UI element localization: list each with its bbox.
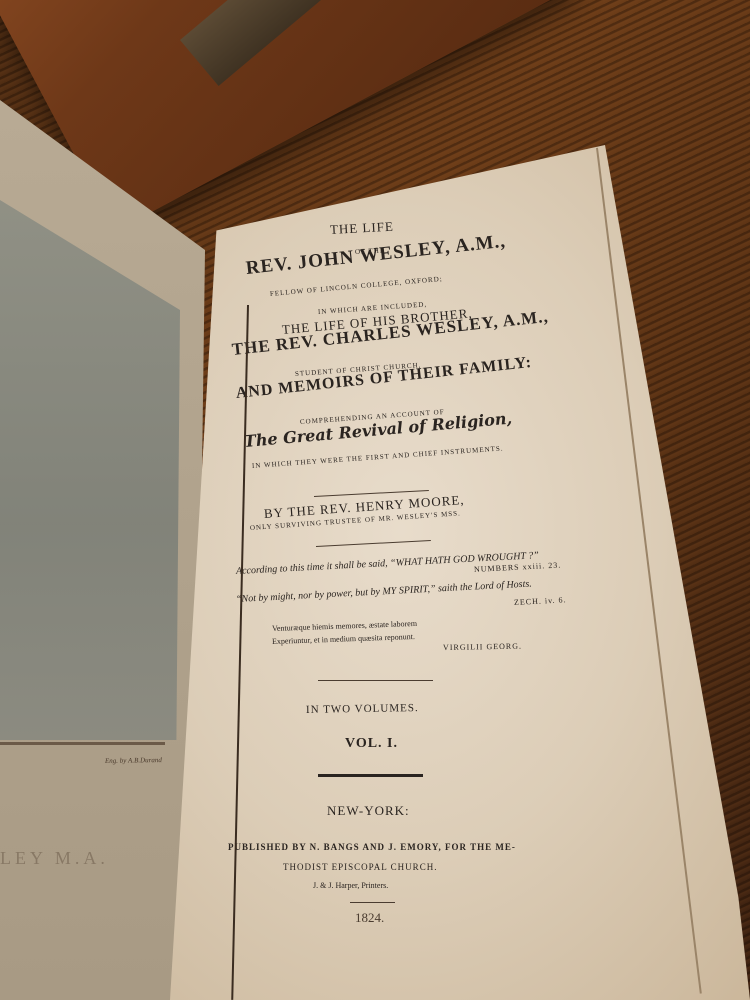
divider <box>350 902 395 903</box>
epigraph-2-reference: ZECH. iv. 6. <box>514 595 567 607</box>
title-page-text: THE LIFE OF THE REV. JOHN WESLEY, A.M., … <box>0 0 750 1000</box>
title-line: AND MEMOIRS OF THEIR FAMILY: <box>235 354 533 403</box>
imprint-city: NEW-YORK: <box>327 803 410 819</box>
title-line: THE LIFE <box>330 219 395 238</box>
subject-name: REV. JOHN WESLEY, A.M., <box>245 231 507 280</box>
epigraph-2: “Not by might, nor by power, but by MY S… <box>236 579 532 605</box>
subject-affiliation: FELLOW OF LINCOLN COLLEGE, OXFORD; <box>270 275 443 298</box>
divider <box>316 540 431 547</box>
printers: J. & J. Harper, Printers. <box>313 881 388 890</box>
latin-verse-1: Venturæque hiemis memores, æstate labore… <box>272 619 417 633</box>
volume-number: VOL. I. <box>345 736 398 752</box>
latin-verse-2: Experiuntur, et in medium quæsita reponu… <box>272 632 415 646</box>
latin-reference: VIRGILII GEORG. <box>443 642 522 652</box>
thick-divider <box>318 774 423 777</box>
publisher-line-2: THODIST EPISCOPAL CHURCH. <box>283 862 437 872</box>
publisher-line-1: PUBLISHED BY N. BANGS AND J. EMORY, FOR … <box>228 842 516 852</box>
title-line: IN WHICH THEY WERE THE FIRST AND CHIEF I… <box>252 444 504 470</box>
volumes-note: IN TWO VOLUMES. <box>306 702 419 716</box>
publication-year: 1824. <box>355 910 384 926</box>
divider <box>318 680 433 681</box>
